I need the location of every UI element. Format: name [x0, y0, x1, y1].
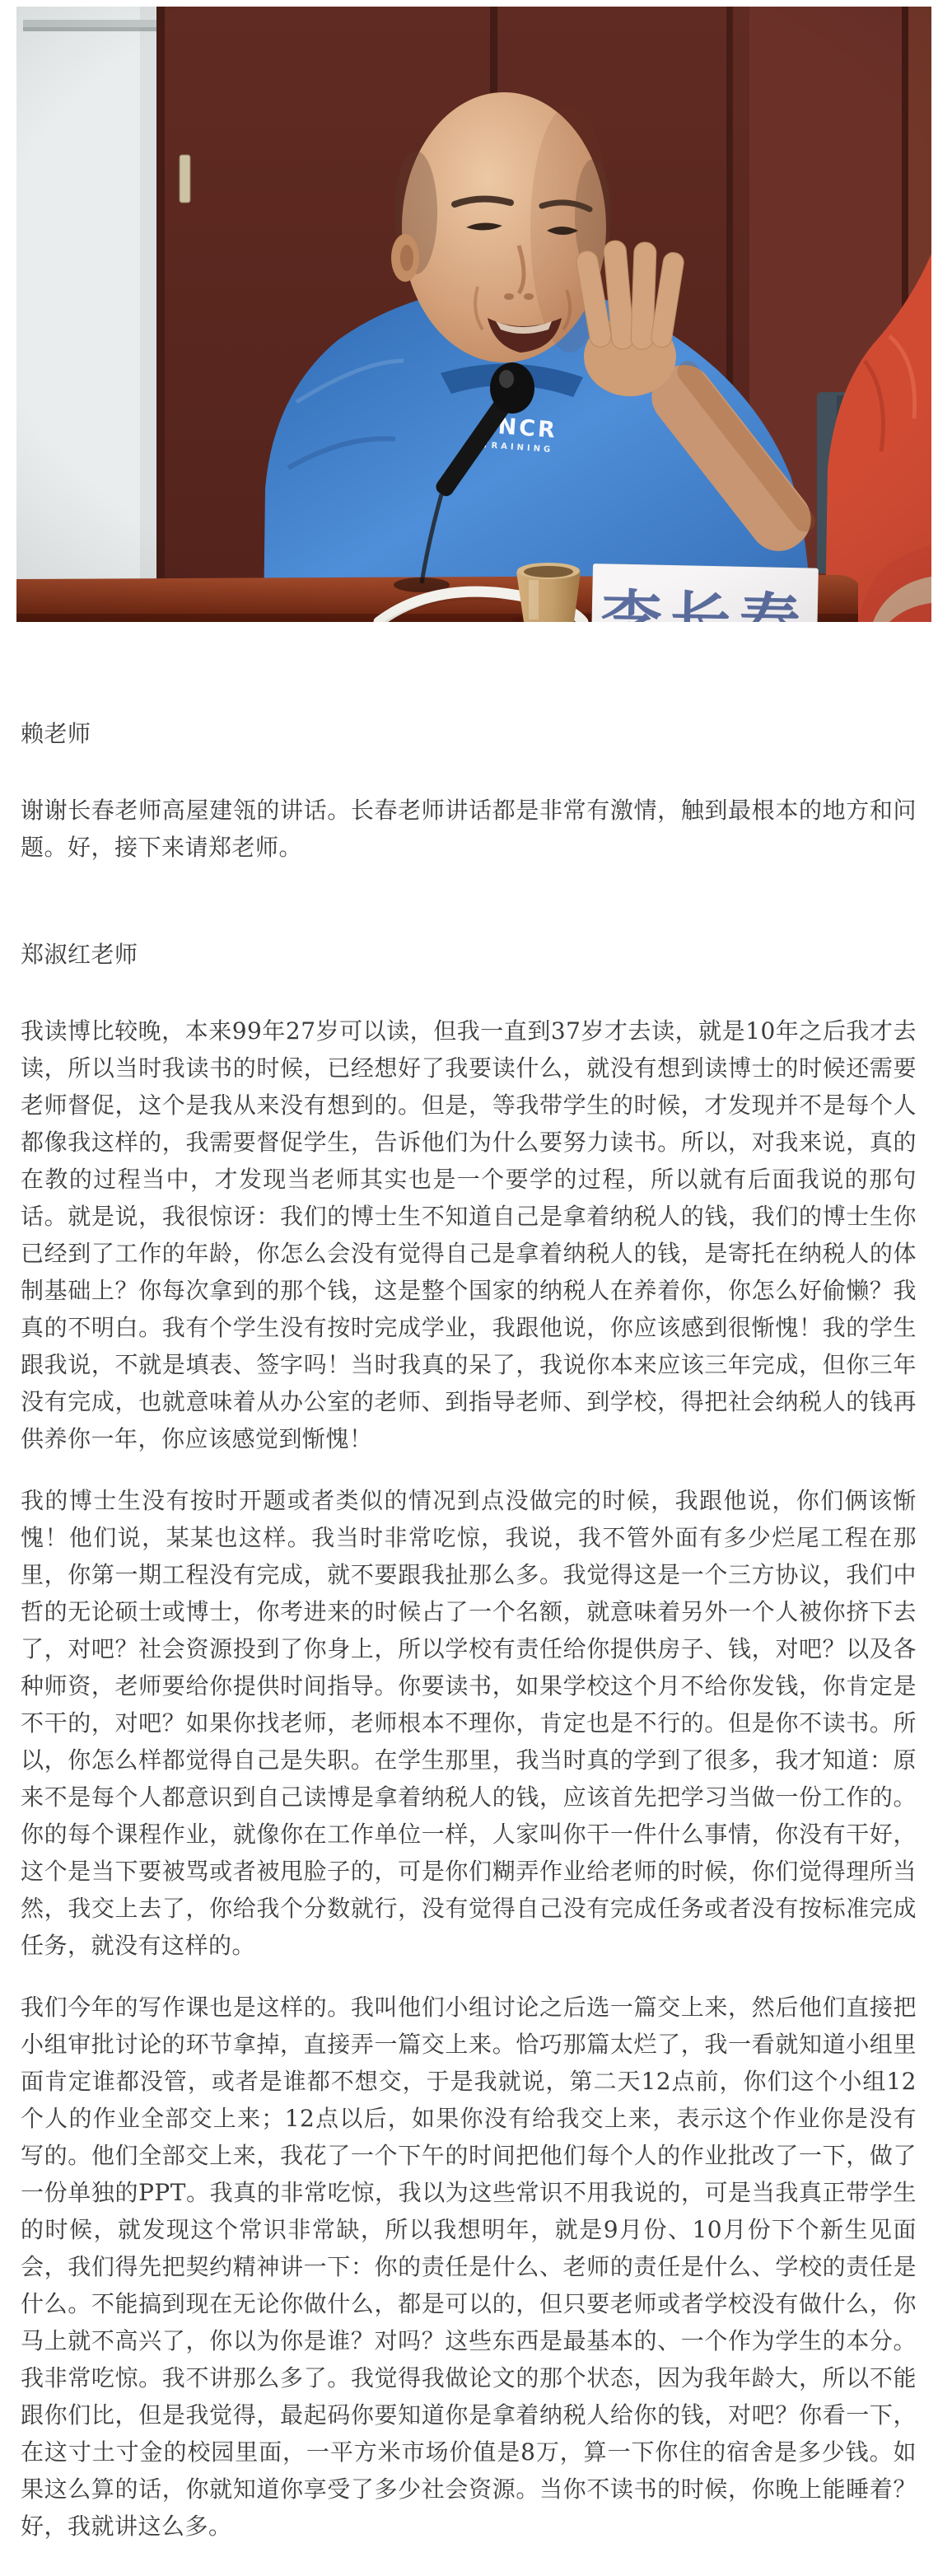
- article-page: LNCR TRAINING: [0, 7, 938, 2545]
- meeting-photo-scene: LNCR TRAINING: [16, 7, 931, 622]
- paragraph: 我读博比较晚，本来99年27岁可以读，但我一直到37岁才去读，就是10年之后我才…: [21, 1012, 917, 1457]
- transcript-section-lai: 赖老师 谢谢长春老师高屋建瓴的讲话。长春老师讲话都是非常有激情，触到最根本的地方…: [21, 715, 917, 866]
- paragraph: 谢谢长春老师高屋建瓴的讲话。长春老师讲话都是非常有激情，触到最根本的地方和问题。…: [21, 792, 917, 866]
- transcript-section-zheng: 郑淑红老师 我读博比较晚，本来99年27岁可以读，但我一直到37岁才去读，就是1…: [21, 936, 917, 2545]
- speaker-name: 郑淑红老师: [21, 936, 917, 973]
- speaker-name: 赖老师: [21, 715, 917, 752]
- paragraph: 我的博士生没有按时开题或者类似的情况到点没做完的时候，我跟他说，你们俩该惭愧！他…: [21, 1482, 917, 1964]
- transcript: 赖老师 谢谢长春老师高屋建瓴的讲话。长春老师讲话都是非常有激情，触到最根本的地方…: [21, 715, 917, 2545]
- photo-vignette: [16, 7, 931, 622]
- meeting-photo: LNCR TRAINING: [16, 7, 931, 622]
- paragraph: 我们今年的写作课也是这样的。我叫他们小组讨论之后选一篇交上来，然后他们直接把小组…: [21, 1989, 917, 2545]
